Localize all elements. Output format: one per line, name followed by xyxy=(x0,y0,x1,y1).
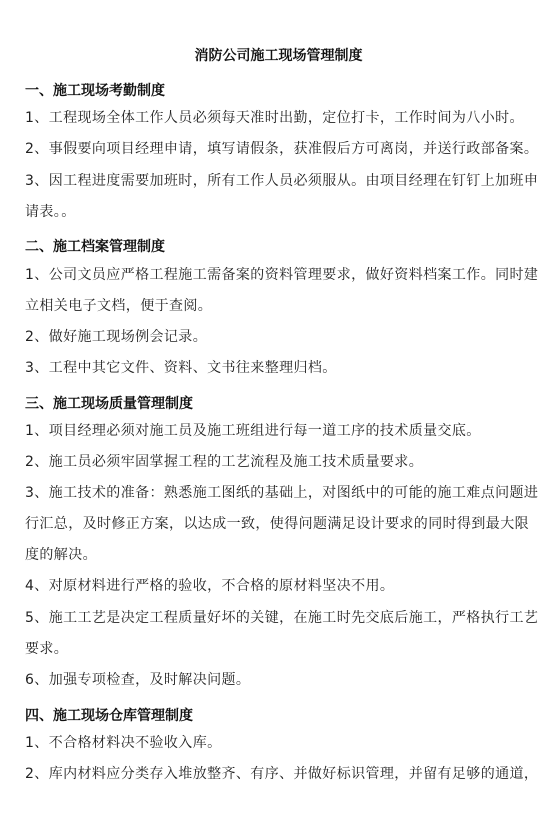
paragraph-line: 3、因工程进度需要加班时，所有工作人员必须服从。由项目经理在钉钉上加班申 xyxy=(25,170,538,190)
paragraph-line: 要求。 xyxy=(25,638,68,658)
paragraph-line: 1、项目经理必须对施工员及施工班组进行每一道工序的技术质量交底。 xyxy=(25,420,481,440)
section-heading-archives: 二、施工档案管理制度 xyxy=(25,236,165,256)
paragraph-line: 2、施工员必须牢固掌握工程的工艺流程及施工技术质量要求。 xyxy=(25,451,423,471)
section-heading-warehouse: 四、施工现场仓库管理制度 xyxy=(25,705,193,725)
paragraph-line: 3、工程中其它文件、资料、文书往来整理归档。 xyxy=(25,357,337,377)
section-heading-quality: 三、施工现场质量管理制度 xyxy=(25,393,193,413)
paragraph-line: 度的解决。 xyxy=(25,544,97,564)
paragraph-line: 行汇总，及时修正方案，以达成一致，使得问题满足设计要求的同时得到最大限 xyxy=(25,513,529,533)
paragraph-line: 2、库内材料应分类存入堆放整齐、有序、并做好标识管理，并留有足够的通道， xyxy=(25,763,538,783)
section-heading-attendance: 一、施工现场考勤制度 xyxy=(25,80,165,100)
paragraph-line: 2、做好施工现场例会记录。 xyxy=(25,326,207,346)
document-title: 消防公司施工现场管理制度 xyxy=(0,45,557,65)
paragraph-line: 6、加强专项检查，及时解决问题。 xyxy=(25,669,250,689)
paragraph-line: 4、对原材料进行严格的验收，不合格的原材料坚决不用。 xyxy=(25,575,394,595)
paragraph-line: 1、工程现场全体工作人员必须每天准时出勤，定位打卡，工作时间为八小时。 xyxy=(25,107,524,127)
paragraph-line: 1、不合格材料决不验收入库。 xyxy=(25,732,222,752)
paragraph-line: 请表。。 xyxy=(25,201,76,221)
paragraph-line: 5、施工工艺是决定工程质量好坏的关键，在施工时先交底后施工，严格执行工艺 xyxy=(25,607,538,627)
document-page: 消防公司施工现场管理制度 一、施工现场考勤制度 1、工程现场全体工作人员必须每天… xyxy=(0,0,557,814)
paragraph-line: 3、施工技术的准备：熟悉施工图纸的基础上，对图纸中的可能的施工难点问题进 xyxy=(25,482,538,502)
paragraph-line: 1、公司文员应严格工程施工需备案的资料管理要求，做好资料档案工作。同时建 xyxy=(25,264,538,284)
paragraph-line: 立相关电子文档，便于查阅。 xyxy=(25,295,212,315)
paragraph-line: 2、事假要向项目经理申请，填写请假条，获准假后方可离岗，并送行政部备案。 xyxy=(25,138,538,158)
